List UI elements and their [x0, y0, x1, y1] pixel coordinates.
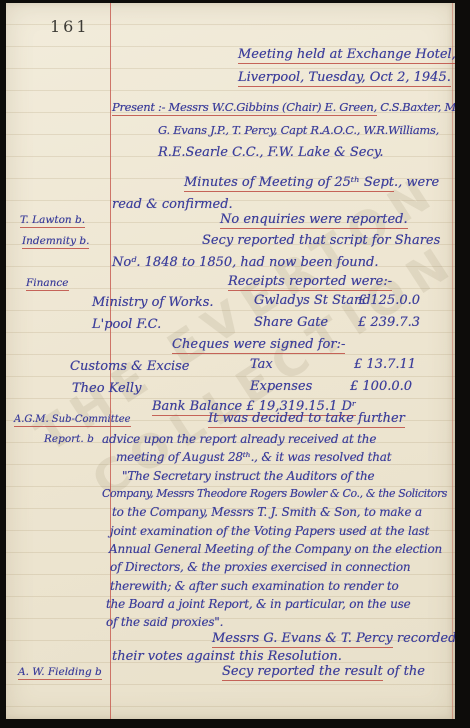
heading-line-1: Meeting held at Exchange Hotel, — [238, 47, 455, 62]
cheque-row-item: Expenses — [250, 379, 312, 394]
present-line-2: G. Evans J.P., T. Percy, Capt R.A.O.C., … — [158, 123, 439, 137]
margin-note-finance: Finance — [26, 277, 69, 289]
receipt-row-payer: L'pool F.C. — [92, 317, 161, 332]
receipt-row-payer: Ministry of Works. — [92, 295, 214, 310]
cheques-heading: Cheques were signed for:- — [172, 337, 345, 352]
fielding-text: Secy reported the result of the — [222, 664, 425, 679]
enquiries-text: No enquiries were reported. — [220, 212, 408, 227]
page-number: 161 — [50, 17, 90, 36]
agm-paragraph-line: meeting of August 28ᵗʰ., & it was resolv… — [116, 450, 391, 464]
agm-paragraph-line: Annual General Meeting of the Company on… — [109, 542, 442, 556]
heading-line-2: Liverpool, Tuesday, Oct 2, 1945. — [238, 70, 451, 85]
minutes-line-2: read & confirmed. — [112, 197, 233, 212]
cheque-row-amount: £ 13.7.11 — [354, 357, 416, 372]
scanned-minute-book-photo: THE EVERTON COLLECTION 161 Meeting held … — [0, 0, 470, 728]
agm-paragraph-line: Company, Messrs Theodore Rogers Bowler &… — [102, 487, 447, 500]
votes-recorded-line-1: Messrs G. Evans & T. Percy recorded — [212, 631, 455, 646]
receipts-heading: Receipts reported were:- — [228, 274, 392, 289]
agm-resolution-opening: It was decided to take further — [208, 411, 405, 426]
receipt-row-amount: £ 239.7.3 — [358, 315, 420, 330]
receipt-row-item: Gwladys St Stand — [254, 293, 371, 308]
cheque-row-payee: Customs & Excise — [70, 359, 190, 374]
agm-paragraph-line: the Board a joint Report, & in particula… — [106, 597, 410, 611]
agm-paragraph-line: "The Secretary instruct the Auditors of … — [122, 469, 374, 483]
agm-paragraph-line: joint examination of the Voting Papers u… — [110, 524, 429, 538]
votes-recorded-line-2: their votes against this Resolution. — [112, 649, 342, 664]
cheque-row-payee: Theo Kelly — [72, 381, 141, 396]
receipt-row-item: Share Gate — [254, 315, 328, 330]
margin-note-agm-2: Report. b — [44, 433, 94, 445]
receipt-row-amount: £ 125.0.0 — [358, 293, 420, 308]
present-line-3: R.E.Searle C.C., F.W. Lake & Secy. — [158, 145, 384, 160]
margin-note-indemnity: Indemnity b. — [22, 235, 89, 247]
present-line-1: Present :- Messrs W.C.Gibbins (Chair) E.… — [112, 100, 455, 114]
indemnity-line-2: Noᵈ. 1848 to 1850, had now been found. — [112, 255, 379, 270]
agm-paragraph-line: therewith; & after such examination to r… — [110, 579, 398, 593]
margin-note-agm-1: A.G.M. Sub-Committee — [14, 414, 131, 425]
agm-paragraph-line: of Directors, & the proxies exercised in… — [110, 560, 410, 574]
minutes-line-1: Minutes of Meeting of 25ᵗʰ Sept., were — [184, 175, 439, 190]
cheque-row-item: Tax — [250, 357, 273, 372]
margin-note-lawton: T. Lawton b. — [20, 214, 85, 226]
minute-book-page: THE EVERTON COLLECTION 161 Meeting held … — [6, 3, 455, 719]
agm-paragraph-line: advice upon the report already received … — [102, 432, 376, 446]
agm-paragraph-line: of the said proxies". — [106, 615, 223, 629]
margin-note-fielding: A. W. Fielding b — [18, 666, 102, 678]
cheque-row-amount: £ 100.0.0 — [350, 379, 412, 394]
indemnity-line-1: Secy reported that script for Shares — [202, 233, 440, 248]
agm-paragraph-line: to the Company, Messrs T. J. Smith & Son… — [112, 505, 422, 519]
